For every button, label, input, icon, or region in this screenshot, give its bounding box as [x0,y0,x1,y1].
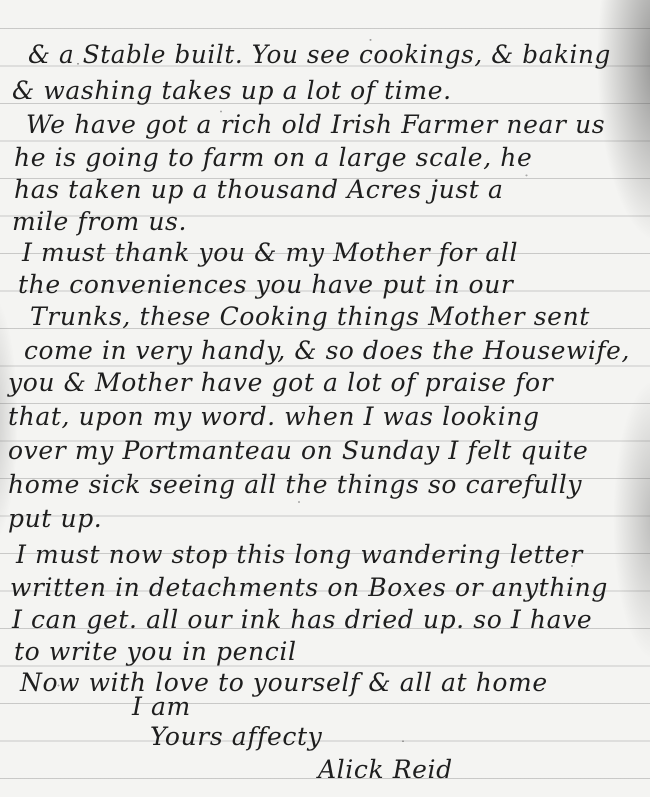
signature: Alick Reid [318,755,453,784]
letter-line: to write you in pencil [14,637,297,666]
letter-line: home sick seeing all the things so caref… [8,470,582,499]
letter-line: put up. [8,504,102,533]
letter-line: I must now stop this long wandering lett… [16,540,583,569]
letter-page: & a Stable built. You see cookings, & ba… [0,0,650,797]
letter-line: he is going to farm on a large scale, he [14,143,532,172]
letter-line: the conveniences you have put in our [18,270,513,299]
letter-line: has taken up a thousand Acres just a [14,175,503,204]
letter-line: you & Mother have got a lot of praise fo… [8,368,553,397]
closing-line: I am [132,692,191,721]
letter-line: & a Stable built. You see cookings, & ba… [28,40,630,69]
letter-line: I must thank you & my Mother for all [22,238,518,267]
letter-line: & washing takes up a lot of time. [12,76,452,105]
letter-line: mile from us. [12,207,187,236]
letter-line: I can get. all our ink has dried up. so … [12,605,592,634]
letter-line: over my Portmanteau on Sunday I felt qui… [8,436,588,465]
closing-salutation: Yours affecty [150,722,322,751]
letter-line: Trunks, these Cooking things Mother sent [30,302,590,331]
letter-line: Now with love to yourself & all at home [20,668,548,697]
letter-line: We have got a rich old Irish Farmer near… [26,110,605,139]
letter-line: written in detachments on Boxes or anyth… [10,573,608,602]
letter-line: come in very handy, & so does the Housew… [24,336,630,365]
letter-line: that, upon my word. when I was looking [8,402,540,431]
